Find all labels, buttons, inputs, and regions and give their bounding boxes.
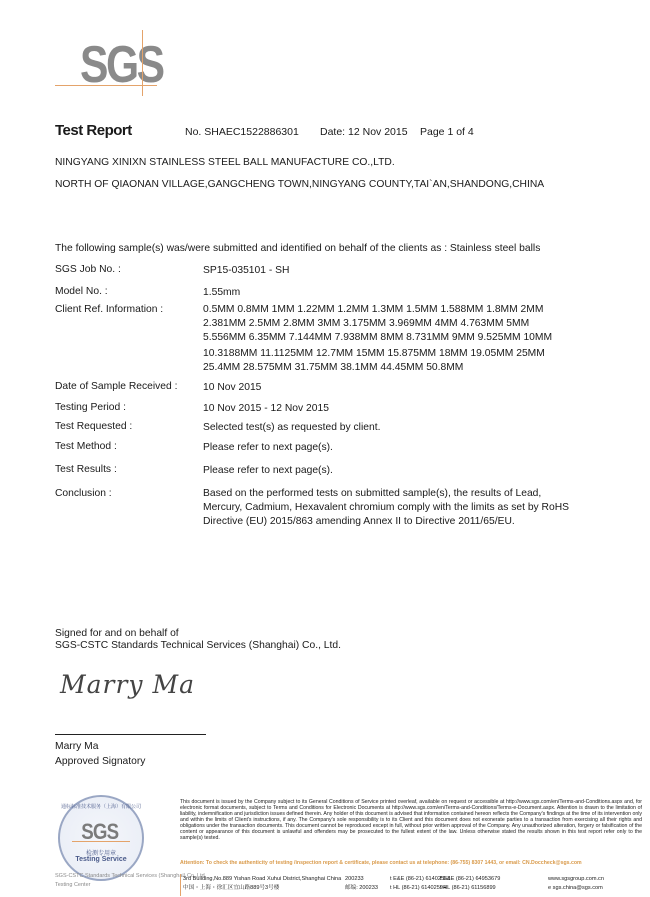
conclusion-label: Conclusion : — [55, 488, 112, 499]
stamp-ring-text: 通标标准技术服务（上海）有限公司 — [60, 803, 142, 810]
address-block: 3rd Building,No.889 Yishan Road Xuhui Di… — [183, 875, 341, 893]
client-ref-label: Client Ref. Information : — [55, 304, 163, 315]
website-link[interactable]: www.sgsgroup.com.cn — [548, 875, 604, 884]
logo-text: SGS — [80, 39, 163, 91]
test-method-label: Test Method : — [55, 441, 117, 452]
client-address: NORTH OF QIAONAN VILLAGE,GANGCHENG TOWN,… — [55, 179, 544, 190]
job-no-value: SP15-035101 - SH — [203, 264, 289, 278]
report-title: Test Report — [55, 122, 132, 139]
fax-1: f E&E (86-21) 64953679 — [440, 875, 500, 884]
job-no-label: SGS Job No. : — [55, 264, 121, 275]
test-requested-label: Test Requested : — [55, 421, 132, 432]
test-method-value: Please refer to next page(s). — [203, 441, 333, 455]
client-ref-line: 2.381MM 2.5MM 2.8MM 3MM 3.175MM 3.969MM … — [203, 317, 552, 331]
signed-line-2: SGS-CSTC Standards Technical Services (S… — [55, 640, 341, 652]
model-no-label: Model No. : — [55, 286, 108, 297]
client-ref-line: 0.5MM 0.8MM 1MM 1.22MM 1.2MM 1.3MM 1.5MM… — [203, 303, 552, 317]
address-cn: 中国・上海・徐汇区宜山路889号3号楼 — [183, 884, 341, 893]
test-requested-value: Selected test(s) as requested by client. — [203, 421, 380, 435]
signatory-name: Marry Ma — [55, 739, 145, 754]
testing-service-stamp: 通标标准技术服务（上海）有限公司 SGS 检测专用章 Testing Servi… — [58, 795, 144, 881]
postcode-cn: 邮编: 200233 — [345, 884, 378, 893]
date-received-label: Date of Sample Received : — [55, 381, 177, 392]
authenticity-notice: Attention: To check the authenticity of … — [180, 860, 642, 866]
sgs-logo: SGS — [55, 30, 158, 96]
handwritten-signature: Marry Ma — [60, 670, 195, 699]
web-block: www.sgsgroup.com.cn e sgs.china@sgs.com — [548, 875, 604, 893]
fax-block: f E&E (86-21) 64953679 f HL (86-21) 6115… — [440, 875, 500, 893]
conclusion-line: Mercury, Cadmium, Hexavalent chromium co… — [203, 501, 569, 515]
conclusion-value: Based on the performed tests on submitte… — [203, 487, 569, 528]
postcode-block: 200233 邮编: 200233 — [345, 875, 378, 893]
signatory-role: Approved Signatory — [55, 754, 145, 769]
logo-vertical-rule — [142, 30, 143, 96]
client-ref-line: 10.3188MM 11.1125MM 12.7MM 15MM 15.875MM… — [203, 347, 552, 361]
signature-line — [55, 734, 206, 735]
email-link[interactable]: e sgs.china@sgs.com — [548, 884, 604, 893]
stamp-en-label: Testing Service — [60, 856, 142, 863]
test-results-value: Please refer to next page(s). — [203, 464, 333, 478]
address-en: 3rd Building,No.889 Yishan Road Xuhui Di… — [183, 875, 341, 884]
signatory: Marry Ma Approved Signatory — [55, 739, 145, 769]
signed-on-behalf: Signed for and on behalf of SGS-CSTC Sta… — [55, 628, 341, 652]
date-received-value: 10 Nov 2015 — [203, 381, 261, 395]
client-name: NINGYANG XINIXN STAINLESS STEEL BALL MAN… — [55, 157, 395, 168]
legal-disclaimer: This document is issued by the Company s… — [180, 799, 642, 841]
client-ref-line: 5.556MM 6.35MM 7.144MM 7.938MM 8MM 8.731… — [203, 331, 552, 345]
address-divider — [180, 874, 181, 896]
report-number: No. SHAEC1522886301 — [185, 126, 299, 138]
conclusion-line: Directive (EU) 2015/863 amending Annex I… — [203, 515, 569, 529]
testing-period-value: 10 Nov 2015 - 12 Nov 2015 — [203, 402, 329, 416]
signed-line-1: Signed for and on behalf of — [55, 628, 341, 640]
fax-2: f HL (86-21) 61156899 — [440, 884, 500, 893]
intro-statement: The following sample(s) was/were submitt… — [55, 243, 540, 254]
client-ref-line: 25.4MM 28.575MM 31.75MM 38.1MM 44.45MM 5… — [203, 361, 552, 375]
client-ref-value: 0.5MM 0.8MM 1MM 1.22MM 1.2MM 1.3MM 1.5MM… — [203, 303, 552, 375]
testing-period-label: Testing Period : — [55, 402, 126, 413]
stamp-rule — [72, 841, 130, 842]
report-date: Date: 12 Nov 2015 — [320, 126, 408, 138]
postcode-en: 200233 — [345, 875, 378, 884]
conclusion-line: Based on the performed tests on submitte… — [203, 487, 569, 501]
test-results-label: Test Results : — [55, 464, 117, 475]
page-indicator: Page 1 of 4 — [420, 126, 474, 138]
model-no-value: 1.55mm — [203, 286, 240, 300]
